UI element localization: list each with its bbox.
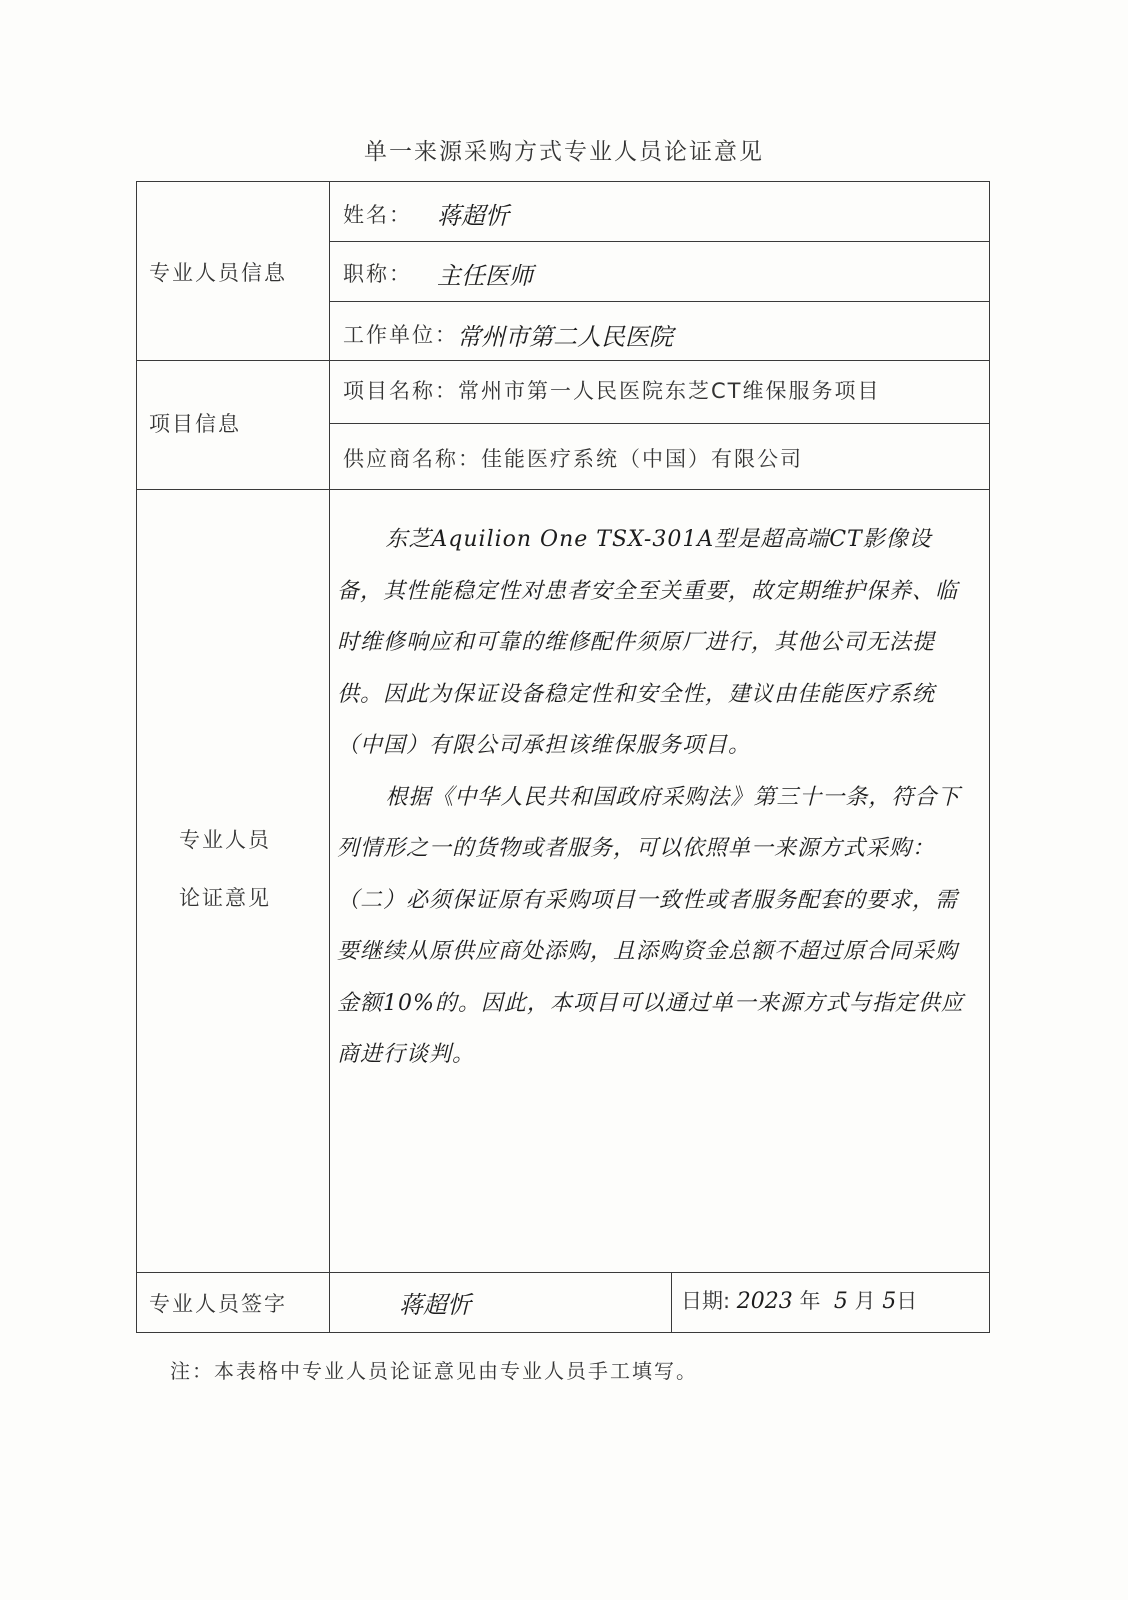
project-name-label: 项目名称：	[343, 379, 458, 403]
project-name-value: 常州市第一人民医院东芝CT维保服务项目	[458, 379, 881, 403]
signature-value: 蒋超忻	[399, 1285, 471, 1320]
date-day: 5	[882, 1289, 896, 1314]
project-info-label: 项目信息	[149, 408, 241, 438]
signature-label: 专业人员签字	[149, 1288, 287, 1318]
title-field: 职称：	[343, 258, 412, 288]
row-divider	[329, 423, 989, 424]
date-year: 2023	[737, 1289, 793, 1314]
name-label: 姓名：	[343, 203, 412, 227]
month-unit: 月	[855, 1289, 876, 1313]
name-value: 蒋超忻	[437, 196, 509, 231]
date-field: 日期: 2023 年 5 月 5日	[681, 1285, 917, 1315]
argument-form: 专业人员信息 姓名： 蒋超忻 职称： 主任医师 工作单位： 常州市第二人民医院 …	[136, 181, 990, 1333]
section-divider	[137, 360, 989, 361]
supplier-value: 佳能医疗系统（中国）有限公司	[481, 447, 803, 471]
section-divider	[137, 1272, 989, 1273]
project-name-field: 项目名称：常州市第一人民医院东芝CT维保服务项目	[343, 375, 881, 405]
date-label: 日期:	[681, 1289, 730, 1313]
employer-label: 工作单位：	[343, 323, 458, 347]
row-divider	[329, 241, 989, 242]
opinion-paragraph: 东芝Aquilion One TSX-301A型是超高端CT影像设备，其性能稳定…	[337, 514, 977, 772]
year-unit: 年	[799, 1289, 820, 1313]
row-divider	[329, 301, 989, 302]
name-field: 姓名：	[343, 199, 412, 229]
expert-info-label: 专业人员信息	[149, 257, 287, 287]
title-value: 主任医师	[437, 256, 533, 291]
date-month: 5	[834, 1289, 848, 1314]
date-column-divider	[671, 1272, 672, 1332]
supplier-label: 供应商名称：	[343, 447, 481, 471]
document-title: 单一来源采购方式专业人员论证意见	[0, 133, 1128, 166]
day-unit: 日	[896, 1289, 917, 1313]
opinion-text: 东芝Aquilion One TSX-301A型是超高端CT影像设备，其性能稳定…	[337, 514, 977, 1081]
opinion-label-line1: 专业人员	[179, 824, 271, 854]
column-divider	[329, 182, 330, 1332]
employer-value: 常州市第二人民医院	[457, 317, 673, 352]
footnote: 注：本表格中专业人员论证意见由专业人员手工填写。	[170, 1355, 698, 1384]
supplier-field: 供应商名称：佳能医疗系统（中国）有限公司	[343, 443, 803, 473]
employer-field: 工作单位：	[343, 319, 458, 349]
opinion-label-line2: 论证意见	[179, 882, 271, 912]
section-divider	[137, 489, 989, 490]
title-label: 职称：	[343, 262, 412, 286]
opinion-paragraph: 根据《中华人民共和国政府采购法》第三十一条，符合下列情形之一的货物或者服务，可以…	[337, 772, 977, 1081]
